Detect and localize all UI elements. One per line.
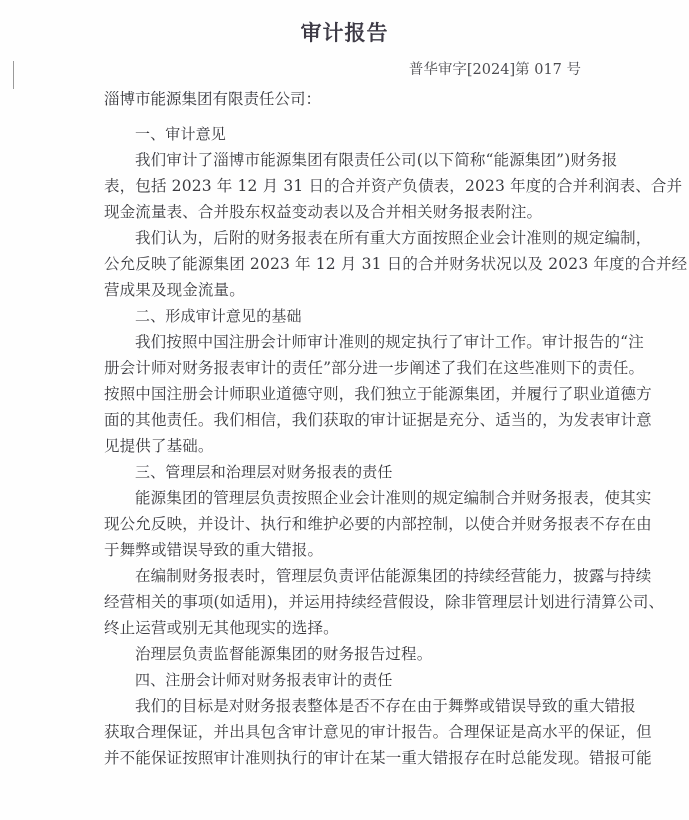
paragraph-line: 我们的目标是对财务报表整体是否不存在由于舞弊或错误导致的重大错报 xyxy=(104,693,586,719)
paragraph-line: 经营相关的事项(如适用)，并运用持续经营假设，除非管理层计划进行清算公司、 xyxy=(104,589,586,615)
section-heading-audit-opinion: 一、审计意见 xyxy=(104,121,586,147)
paragraph-line: 面的其他责任。我们相信，我们获取的审计证据是充分、适当的，为发表审计意 xyxy=(104,407,586,433)
paragraph-line: 治理层负责监督能源集团的财务报告过程。 xyxy=(104,641,586,667)
document-body: 一、审计意见 我们审计了淄博市能源集团有限责任公司(以下简称“能源集团”)财务报… xyxy=(104,121,586,771)
paragraph-line: 现公允反映，并设计、执行和维护必要的内部控制，以使合并财务报表不存在由 xyxy=(104,511,586,537)
section-heading-management-responsibility: 三、管理层和治理层对财务报表的责任 xyxy=(104,459,586,485)
paragraph-line: 于舞弊或错误导致的重大错报。 xyxy=(104,537,586,563)
paragraph-line: 我们审计了淄博市能源集团有限责任公司(以下简称“能源集团”)财务报 xyxy=(104,147,586,173)
section-heading-basis-for-opinion: 二、形成审计意见的基础 xyxy=(104,303,586,329)
paragraph-line: 营成果及现金流量。 xyxy=(104,277,586,303)
paragraph-line: 按照中国注册会计师职业道德守则，我们独立于能源集团，并履行了职业道德方 xyxy=(104,381,586,407)
paragraph-line: 我们按照中国注册会计师审计准则的规定执行了审计工作。审计报告的“注 xyxy=(104,329,586,355)
reference-number: 普华审字[2024]第 017 号 xyxy=(409,59,581,81)
document-title: 审计报告 xyxy=(0,18,689,48)
paragraph-line: 在编制财务报表时，管理层负责评估能源集团的持续经营能力，披露与持续 xyxy=(104,563,586,589)
paragraph-line: 表，包括 2023 年 12 月 31 日的合并资产负债表，2023 年度的合并… xyxy=(104,173,586,199)
paragraph-line: 获取合理保证，并出具包含审计意见的审计报告。合理保证是高水平的保证，但 xyxy=(104,719,586,745)
paragraph-line: 现金流量表、合并股东权益变动表以及合并相关财务报表附注。 xyxy=(104,199,586,225)
scan-edge-mark xyxy=(13,61,14,89)
paragraph-line: 册会计师对财务报表审计的责任”部分进一步阐述了我们在这些准则下的责任。 xyxy=(104,355,586,381)
paragraph-line: 见提供了基础。 xyxy=(104,433,586,459)
section-heading-auditor-responsibility: 四、注册会计师对财务报表审计的责任 xyxy=(104,667,586,693)
paragraph-line: 能源集团的管理层负责按照企业会计准则的规定编制合并财务报表，使其实 xyxy=(104,485,586,511)
paragraph-line: 并不能保证按照审计准则执行的审计在某一重大错报存在时总能发现。错报可能 xyxy=(104,745,586,771)
paragraph-line: 终止运营或别无其他现实的选择。 xyxy=(104,615,586,641)
document-page: 审计报告 普华审字[2024]第 017 号 淄博市能源集团有限责任公司： 一、… xyxy=(0,0,689,820)
paragraph-line: 我们认为，后附的财务报表在所有重大方面按照企业会计准则的规定编制， xyxy=(104,225,586,251)
addressee: 淄博市能源集团有限责任公司： xyxy=(104,88,321,110)
paragraph-line: 公允反映了能源集团 2023 年 12 月 31 日的合并财务状况以及 2023… xyxy=(104,251,586,277)
